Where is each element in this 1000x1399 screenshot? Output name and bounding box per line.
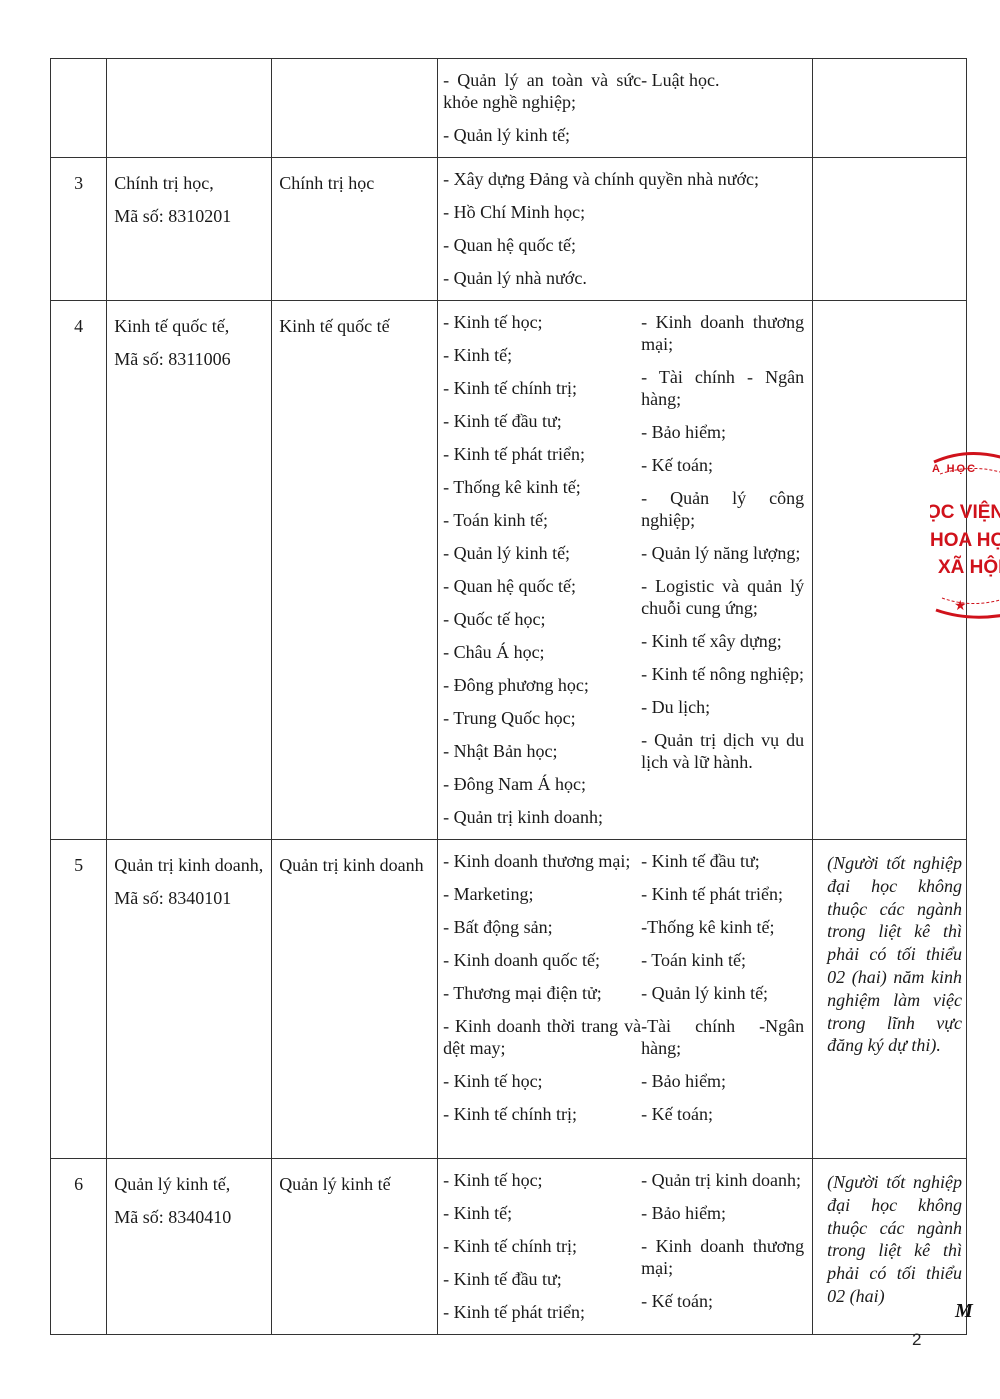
related-major-item: - Kinh doanh quốc tế; <box>443 949 641 971</box>
related-major-item: - Hồ Chí Minh học; <box>443 201 808 223</box>
svg-text:ỌC VIỆN: ỌC VIỆN <box>930 501 1000 523</box>
cell-related-majors: - Quản lý an toàn và sức khỏe nghề nghiệ… <box>438 59 813 158</box>
related-major-item: - Quan hệ quốc tế; <box>443 234 808 256</box>
related-major-item: - Kinh tế xây dựng; <box>641 630 804 652</box>
related-majors-right-column: - Luật học. <box>641 69 808 157</box>
note-text: (Người tốt nghiệp đại học không thuộc cá… <box>813 1159 966 1308</box>
matching-major: Quản lý kinh tế <box>272 1159 437 1195</box>
related-major-item: - Châu Á học; <box>443 641 641 663</box>
related-major-item: - Kinh tế phát triển; <box>641 883 804 905</box>
cell-note: (Người tốt nghiệp đại học không thuộc cá… <box>813 840 967 1159</box>
related-major-item: - Kinh doanh thương mại; <box>443 850 641 872</box>
table-row: 3Chính trị học,Mã số: 8310201Chính trị h… <box>51 158 967 301</box>
related-major-item: - Kinh tế học; <box>443 311 641 333</box>
cell-major: Chính trị học <box>272 158 438 301</box>
related-major-item: - Kinh doanh thời trang và dệt may; <box>443 1015 641 1059</box>
related-major-item: - Thống kê kinh tế; <box>443 476 641 498</box>
note-text <box>813 301 966 313</box>
related-major-item: - Đông phương học; <box>443 674 641 696</box>
cell-stt: 3 <box>51 158 107 301</box>
program-code: Mã số: 8340410 <box>114 1206 265 1228</box>
related-major-item: - Đông Nam Á học; <box>443 773 641 795</box>
cell-program <box>107 59 272 158</box>
table-row: - Quản lý an toàn và sức khỏe nghề nghiệ… <box>51 59 967 158</box>
related-major-item: - Kinh tế học; <box>443 1070 641 1092</box>
related-major-item: - Kinh tế đầu tư; <box>443 410 641 432</box>
related-major-item: - Kế toán; <box>641 1103 804 1125</box>
related-major-item: - Quản lý kinh tế; <box>641 982 804 1004</box>
program-code: Mã số: 8311006 <box>114 348 265 370</box>
related-major-item: - Quản trị dịch vụ du lịch và lữ hành. <box>641 729 804 773</box>
table-row: 4Kinh tế quốc tế,Mã số: 8311006Kinh tế q… <box>51 301 967 840</box>
program-name: Chính trị học, <box>114 172 265 194</box>
cell-related-majors: - Kinh tế học;- Kinh tế;- Kinh tế chính … <box>438 1159 813 1335</box>
cell-note <box>813 158 967 301</box>
related-major-item: - Quản lý kinh tế; <box>443 124 641 146</box>
related-major-item: - Toán kinh tế; <box>641 949 804 971</box>
related-major-item: - Kinh tế đầu tư; <box>641 850 804 872</box>
row-number: 4 <box>51 301 106 337</box>
related-major-item: - Tài chính - Ngân hàng; <box>641 366 804 410</box>
related-major-item: - Quản lý kinh tế; <box>443 542 641 564</box>
matching-major <box>272 59 437 73</box>
related-major-item: - Bất động sản; <box>443 916 641 938</box>
table-row: 6Quản lý kinh tế,Mã số: 8340410Quản lý k… <box>51 1159 967 1335</box>
related-major-item: - Bảo hiểm; <box>641 1202 804 1224</box>
related-major-item: - Quản trị kinh doanh; <box>641 1169 804 1191</box>
svg-text:★: ★ <box>954 597 967 613</box>
matching-major: Quản trị kinh doanh <box>272 840 437 876</box>
related-major-item: - Kinh tế chính trị; <box>443 377 641 399</box>
related-major-item: -Tài chính -Ngân hàng; <box>641 1015 804 1059</box>
related-majors-left-column: - Kinh tế học;- Kinh tế;- Kinh tế chính … <box>443 1169 641 1334</box>
related-major-item: - Kinh tế nông nghiệp; <box>641 663 804 685</box>
note-text: (Người tốt nghiệp đại học không thuộc cá… <box>813 840 966 1057</box>
cell-program: Kinh tế quốc tế,Mã số: 8311006 <box>107 301 272 840</box>
cell-stt <box>51 59 107 158</box>
related-major-item: - Marketing; <box>443 883 641 905</box>
related-major-item: - Kế toán; <box>641 454 804 476</box>
cell-note <box>813 59 967 158</box>
related-major-item: - Luật học. <box>641 69 804 91</box>
cell-program: Chính trị học,Mã số: 8310201 <box>107 158 272 301</box>
svg-text:XÃ HỘI: XÃ HỘI <box>938 556 1000 578</box>
related-major-item: - Bảo hiểm; <box>641 421 804 443</box>
cell-stt: 4 <box>51 301 107 840</box>
note-text <box>813 158 966 170</box>
related-majors-left-column: - Quản lý an toàn và sức khỏe nghề nghiệ… <box>443 69 641 157</box>
related-major-item: - Quản lý công nghiệp; <box>641 487 804 531</box>
related-majors-right-column: - Quản trị kinh doanh;- Bảo hiểm;- Kinh … <box>641 1169 808 1334</box>
program-code: Mã số: 8310201 <box>114 205 265 227</box>
cell-stt: 5 <box>51 840 107 1159</box>
related-major-item: -Thống kê kinh tế; <box>641 916 804 938</box>
related-major-item: - Nhật Bản học; <box>443 740 641 762</box>
cell-related-majors: - Xây dựng Đảng và chính quyền nhà nước;… <box>438 158 813 301</box>
row-number: 5 <box>51 840 106 876</box>
related-major-item: - Trung Quốc học; <box>443 707 641 729</box>
table-row: 5Quản trị kinh doanh,Mã số: 8340101Quản … <box>51 840 967 1159</box>
cell-note: (Người tốt nghiệp đại học không thuộc cá… <box>813 1159 967 1335</box>
majors-table: - Quản lý an toàn và sức khỏe nghề nghiệ… <box>50 58 967 1335</box>
related-major-item: - Quản lý nhà nước. <box>443 267 808 289</box>
program-name: Quản lý kinh tế, <box>114 1173 265 1195</box>
cell-major: Quản trị kinh doanh <box>272 840 438 1159</box>
cell-related-majors: - Kinh tế học;- Kinh tế;- Kinh tế chính … <box>438 301 813 840</box>
cell-major: Kinh tế quốc tế <box>272 301 438 840</box>
related-major-item: - Quản lý năng lượng; <box>641 542 804 564</box>
related-major-item: - Kinh tế; <box>443 344 641 366</box>
related-major-item: - Quản lý an toàn và sức khỏe nghề nghiệ… <box>443 69 641 113</box>
program-name: Quản trị kinh doanh, <box>114 854 265 876</box>
related-majors-right-column: - Kinh tế đầu tư;- Kinh tế phát triển;-T… <box>641 850 808 1136</box>
matching-major: Kinh tế quốc tế <box>272 301 437 337</box>
cell-program: Quản lý kinh tế,Mã số: 8340410 <box>107 1159 272 1335</box>
related-major-item: - Kinh tế phát triển; <box>443 1301 641 1323</box>
related-major-item: - Kinh tế chính trị; <box>443 1235 641 1257</box>
related-major-item: - Kinh tế học; <box>443 1169 641 1191</box>
related-majors-left-column: - Kinh tế học;- Kinh tế;- Kinh tế chính … <box>443 311 641 839</box>
related-major-item: - Quản trị kinh doanh; <box>443 806 641 828</box>
related-major-item: - Kinh tế chính trị; <box>443 1103 641 1125</box>
related-major-item: - Thương mại điện tử; <box>443 982 641 1004</box>
row-number: 6 <box>51 1159 106 1195</box>
page-number: 2 <box>912 1330 921 1350</box>
row-number: 3 <box>51 158 106 194</box>
related-majors-right-column: - Kinh doanh thương mại;- Tài chính - Ng… <box>641 311 808 839</box>
cell-major: Quản lý kinh tế <box>272 1159 438 1335</box>
cell-major <box>272 59 438 158</box>
cell-related-majors: - Kinh doanh thương mại;- Marketing;- Bấ… <box>438 840 813 1159</box>
program-name: Kinh tế quốc tế, <box>114 315 265 337</box>
cell-stt: 6 <box>51 1159 107 1335</box>
program-code: Mã số: 8340101 <box>114 887 265 909</box>
cell-program: Quản trị kinh doanh,Mã số: 8340101 <box>107 840 272 1159</box>
related-major-item: - Kế toán; <box>641 1290 804 1312</box>
related-major-item: - Xây dựng Đảng và chính quyền nhà nước; <box>443 168 808 190</box>
svg-text:A HỌC: A HỌC <box>932 463 977 475</box>
related-major-item: - Bảo hiểm; <box>641 1070 804 1092</box>
row-number <box>51 59 106 73</box>
related-major-item: - Du lịch; <box>641 696 804 718</box>
related-major-item: - Kinh tế đầu tư; <box>443 1268 641 1290</box>
related-major-item: - Kinh doanh thương mại; <box>641 311 804 355</box>
signature-initials: M <box>955 1300 973 1323</box>
red-seal-stamp-icon: A HỌC ỌC VIỆN HOA HỌ XÃ HỘI ★ <box>930 450 1000 620</box>
related-majors-left-column: - Kinh doanh thương mại;- Marketing;- Bấ… <box>443 850 641 1136</box>
related-major-item: - Quan hệ quốc tế; <box>443 575 641 597</box>
matching-major: Chính trị học <box>272 158 437 194</box>
document-page: - Quản lý an toàn và sức khỏe nghề nghiệ… <box>0 0 1000 1399</box>
related-major-item: - Kinh tế phát triển; <box>443 443 641 465</box>
related-major-item: - Toán kinh tế; <box>443 509 641 531</box>
svg-text:HOA HỌ: HOA HỌ <box>930 530 1000 551</box>
related-major-item: - Kinh doanh thương mại; <box>641 1235 804 1279</box>
related-major-item: - Kinh tế; <box>443 1202 641 1224</box>
note-text <box>813 59 966 71</box>
related-major-item: - Logistic và quản lý chuỗi cung ứng; <box>641 575 804 619</box>
related-major-item: - Quốc tế học; <box>443 608 641 630</box>
